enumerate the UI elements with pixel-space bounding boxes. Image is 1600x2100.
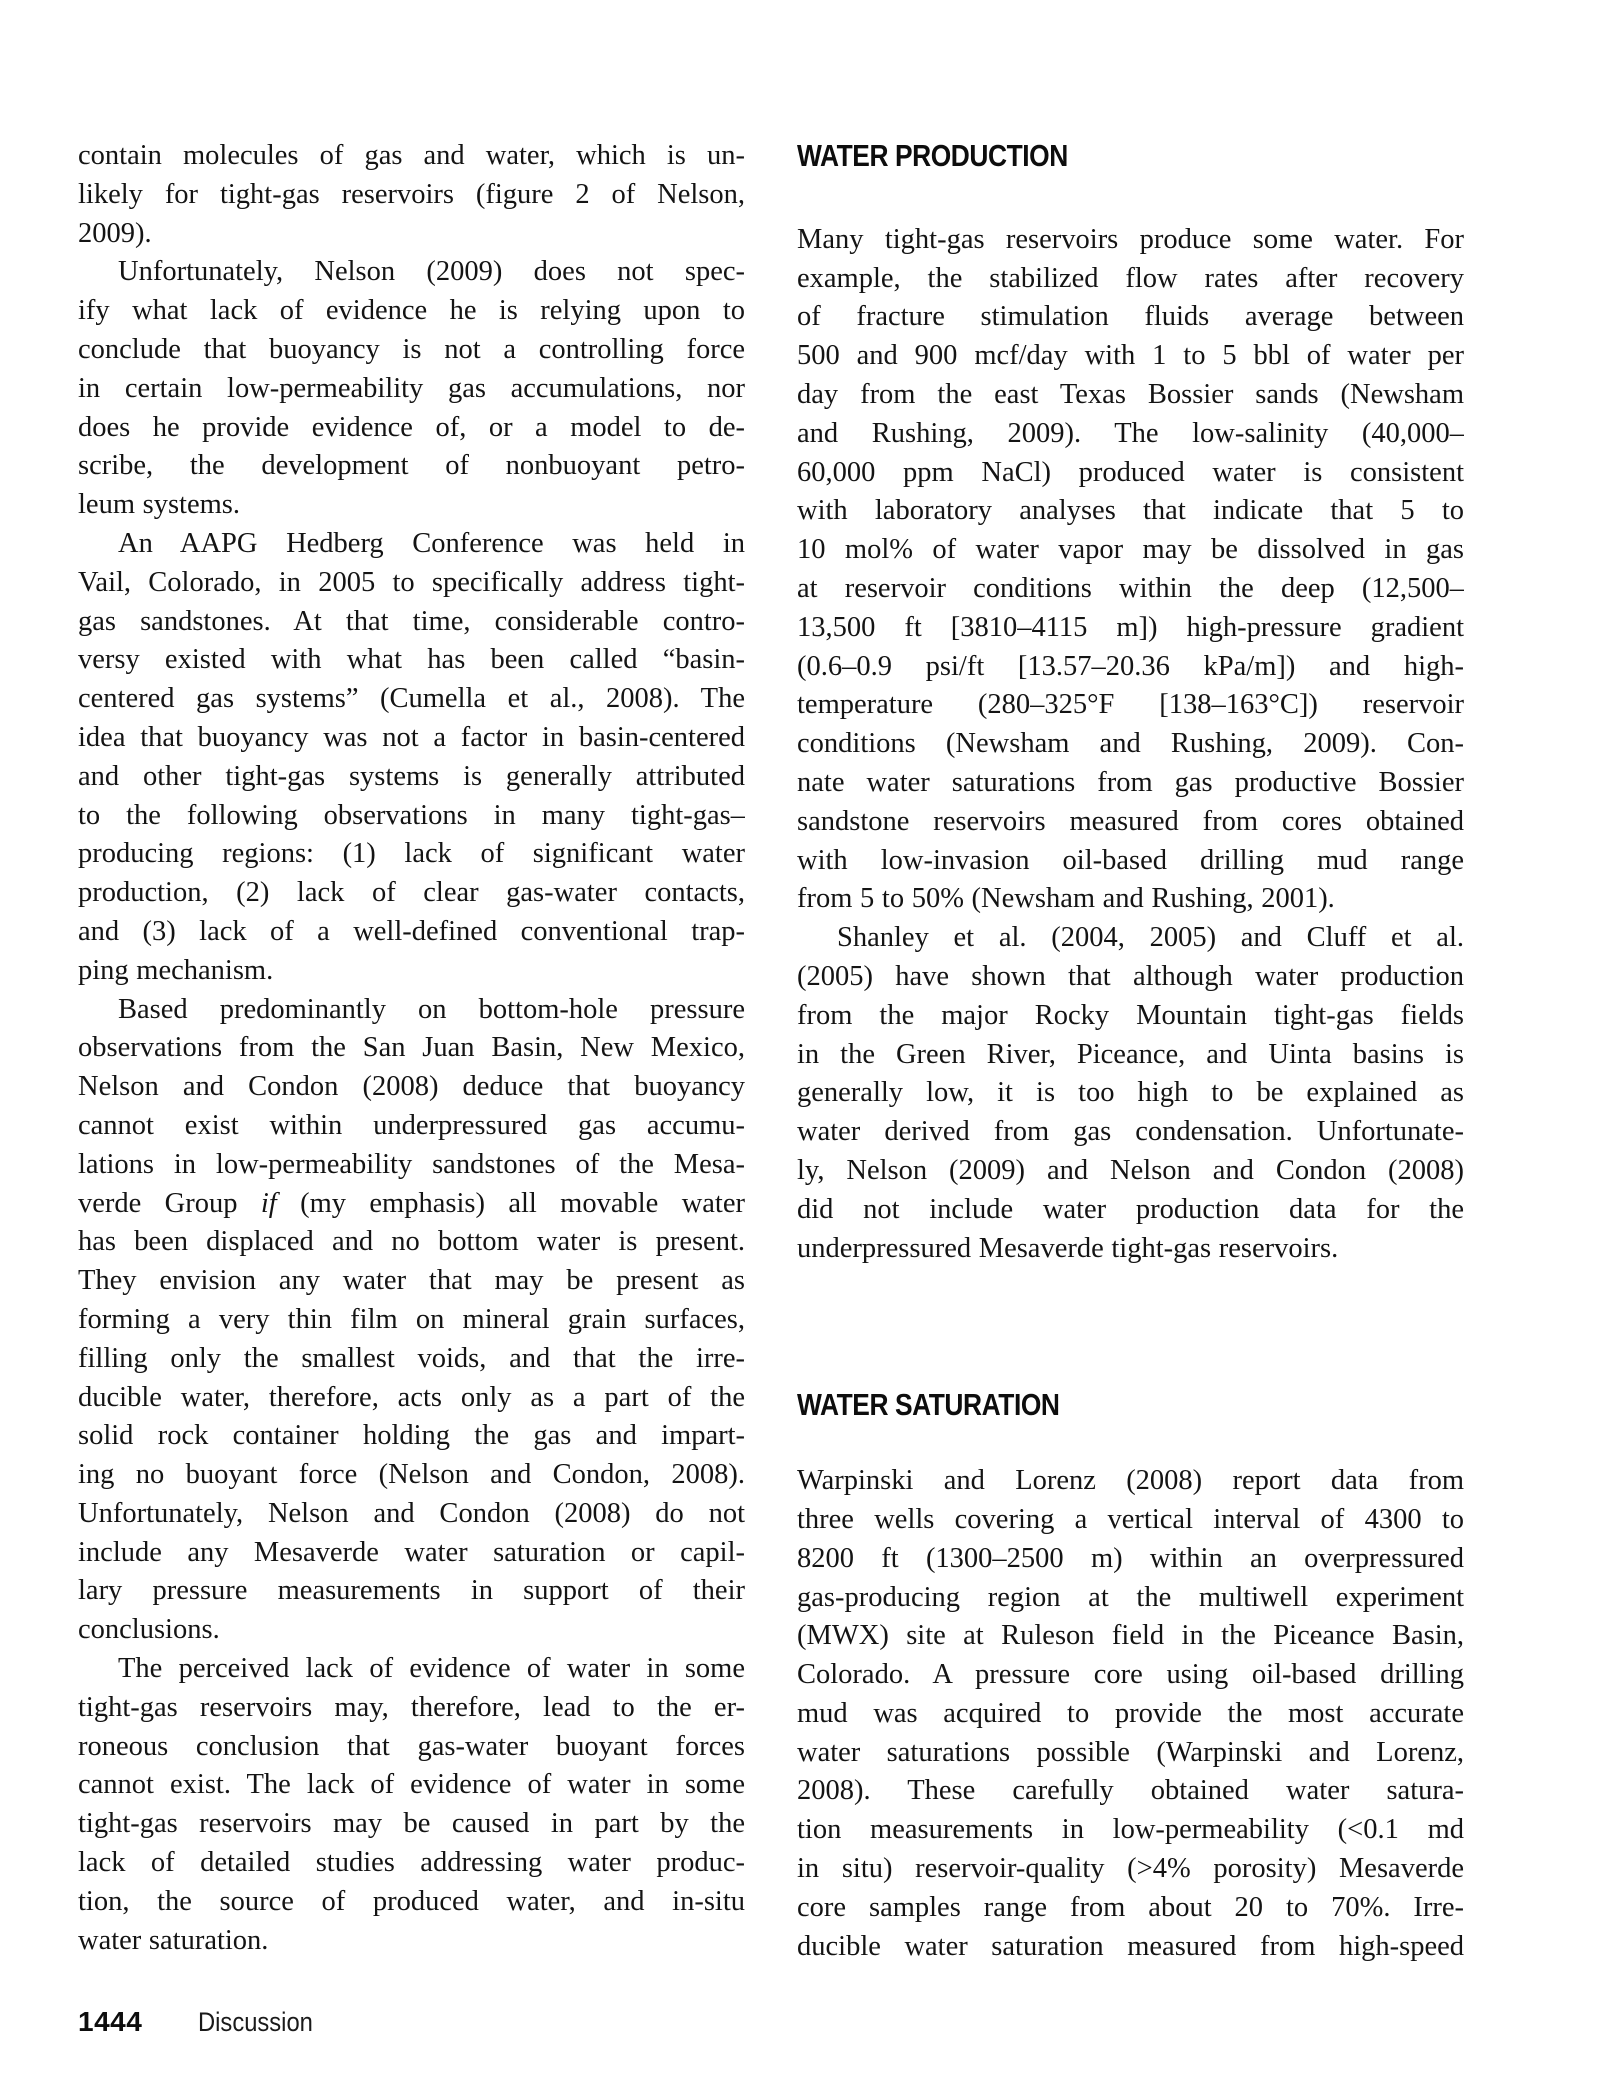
- text-line: and (3) lack of a well-defined conventio…: [78, 913, 745, 952]
- text-line: producing regions: (1) lack of significa…: [78, 835, 745, 874]
- text-line: (MWX) site at Ruleson field in the Picea…: [797, 1617, 1464, 1656]
- text-line: Unfortunately, Nelson (2009) does not sp…: [78, 253, 745, 292]
- paragraph: contain molecules of gas and water, whic…: [78, 137, 745, 253]
- paragraph: An AAPG Hedberg Conference was held inVa…: [78, 525, 745, 991]
- text-line: water saturation.: [78, 1922, 745, 1961]
- text-line: Colorado. A pressure core using oil-base…: [797, 1656, 1464, 1695]
- text-line: Many tight-gas reservoirs produce some w…: [797, 221, 1464, 260]
- text-line: Based predominantly on bottom-hole press…: [78, 991, 745, 1030]
- text-line: lations in low-permeability sandstones o…: [78, 1146, 745, 1185]
- text-line: likely for tight-gas reservoirs (figure …: [78, 176, 745, 215]
- text-line: tion measurements in low-permeability (<…: [797, 1811, 1464, 1850]
- text-line: The perceived lack of evidence of water …: [78, 1650, 745, 1689]
- text-line: tion, the source of produced water, and …: [78, 1883, 745, 1922]
- paragraph: Unfortunately, Nelson (2009) does not sp…: [78, 253, 745, 525]
- text-line: idea that buoyancy was not a factor in b…: [78, 719, 745, 758]
- text-line: with low-invasion oil-based drilling mud…: [797, 842, 1464, 881]
- text-line: 13,500 ft [3810–4115 m]) high-pressure g…: [797, 609, 1464, 648]
- text-line: 500 and 900 mcf/day with 1 to 5 bbl of w…: [797, 337, 1464, 376]
- text-line: include any Mesaverde water saturation o…: [78, 1534, 745, 1573]
- text-line: day from the east Texas Bossier sands (N…: [797, 376, 1464, 415]
- section-water-production: WATER PRODUCTION Many tight-gas reservoi…: [797, 137, 1464, 1268]
- text-line: tight-gas reservoirs may be caused in pa…: [78, 1805, 745, 1844]
- text-line: ducible water saturation measured from h…: [797, 1928, 1464, 1967]
- text-line: An AAPG Hedberg Conference was held in: [78, 525, 745, 564]
- paragraph: Shanley et al. (2004, 2005) and Cluff et…: [797, 919, 1464, 1268]
- text-line: and other tight-gas systems is generally…: [78, 758, 745, 797]
- text-line: (2005) have shown that although water pr…: [797, 958, 1464, 997]
- paragraph: Based predominantly on bottom-hole press…: [78, 991, 745, 1651]
- section-water-saturation: WATER SATURATION Warpinski and Lorenz (2…: [797, 1386, 1464, 1966]
- text-line: in certain low-permeability gas accumula…: [78, 370, 745, 409]
- text-line: 2009).: [78, 215, 745, 254]
- text-line: They envision any water that may be pres…: [78, 1262, 745, 1301]
- text-line: versy existed with what has been called …: [78, 641, 745, 680]
- left-text-column: contain molecules of gas and water, whic…: [78, 137, 745, 1960]
- paragraph: Warpinski and Lorenz (2008) report data …: [797, 1462, 1464, 1966]
- text-line: (0.6–0.9 psi/ft [13.57–20.36 kPa/m]) and…: [797, 648, 1464, 687]
- text-line: lack of detailed studies addressing wate…: [78, 1844, 745, 1883]
- text-line: gas sandstones. At that time, considerab…: [78, 603, 745, 642]
- text-line: did not include water production data fo…: [797, 1191, 1464, 1230]
- text-line: and Rushing, 2009). The low-salinity (40…: [797, 415, 1464, 454]
- text-line: observations from the San Juan Basin, Ne…: [78, 1029, 745, 1068]
- text-line: of fracture stimulation fluids average b…: [797, 298, 1464, 337]
- text-line: from the major Rocky Mountain tight-gas …: [797, 997, 1464, 1036]
- page-footer: 1444 Discussion: [78, 2006, 329, 2038]
- text-line: conclude that buoyancy is not a controll…: [78, 331, 745, 370]
- right-text-column: WATER PRODUCTION Many tight-gas reservoi…: [797, 137, 1464, 1966]
- text-line: 60,000 ppm NaCl) produced water is consi…: [797, 454, 1464, 493]
- text-line: ify what lack of evidence he is relying …: [78, 292, 745, 331]
- text-line: gas-producing region at the multiwell ex…: [797, 1579, 1464, 1618]
- paragraph: Many tight-gas reservoirs produce some w…: [797, 221, 1464, 919]
- text-line: has been displaced and no bottom water i…: [78, 1223, 745, 1262]
- text-line: at reservoir conditions within the deep …: [797, 570, 1464, 609]
- text-line: ing no buoyant force (Nelson and Condon,…: [78, 1456, 745, 1495]
- section-body-water-production: Many tight-gas reservoirs produce some w…: [797, 221, 1464, 1269]
- paragraph: The perceived lack of evidence of water …: [78, 1650, 745, 1960]
- section-body-water-saturation: Warpinski and Lorenz (2008) report data …: [797, 1462, 1464, 1966]
- text-line: lary pressure measurements in support of…: [78, 1572, 745, 1611]
- text-line: conditions (Newsham and Rushing, 2009). …: [797, 725, 1464, 764]
- text-line: tight-gas reservoirs may, therefore, lea…: [78, 1689, 745, 1728]
- text-line: leum systems.: [78, 486, 745, 525]
- text-line: to the following observations in many ti…: [78, 797, 745, 836]
- text-line: mud was acquired to provide the most acc…: [797, 1695, 1464, 1734]
- text-line: production, (2) lack of clear gas-water …: [78, 874, 745, 913]
- text-line: Shanley et al. (2004, 2005) and Cluff et…: [797, 919, 1464, 958]
- text-line: ducible water, therefore, acts only as a…: [78, 1379, 745, 1418]
- text-line: in situ) reservoir-quality (>4% porosity…: [797, 1850, 1464, 1889]
- text-line: conclusions.: [78, 1611, 745, 1650]
- text-line: sandstone reservoirs measured from cores…: [797, 803, 1464, 842]
- text-line: ping mechanism.: [78, 952, 745, 991]
- text-line: core samples range from about 20 to 70%.…: [797, 1889, 1464, 1928]
- text-line: roneous conclusion that gas-water buoyan…: [78, 1728, 745, 1767]
- document-page: contain molecules of gas and water, whic…: [0, 0, 1600, 2100]
- text-line: temperature (280–325°F [138–163°C]) rese…: [797, 686, 1464, 725]
- text-line: example, the stabilized flow rates after…: [797, 260, 1464, 299]
- text-line: 10 mol% of water vapor may be dissolved …: [797, 531, 1464, 570]
- text-line: 8200 ft (1300–2500 m) within an overpres…: [797, 1540, 1464, 1579]
- section-heading-water-production: WATER PRODUCTION: [797, 137, 1364, 176]
- text-line: in the Green River, Piceance, and Uinta …: [797, 1036, 1464, 1075]
- text-line: Unfortunately, Nelson and Condon (2008) …: [78, 1495, 745, 1534]
- text-line: cannot exist within underpressured gas a…: [78, 1107, 745, 1146]
- text-line: contain molecules of gas and water, whic…: [78, 137, 745, 176]
- text-line: 2008). These carefully obtained water sa…: [797, 1772, 1464, 1811]
- text-line: Nelson and Condon (2008) deduce that buo…: [78, 1068, 745, 1107]
- text-line: solid rock container holding the gas and…: [78, 1417, 745, 1456]
- text-line: nate water saturations from gas producti…: [797, 764, 1464, 803]
- text-line: water saturations possible (Warpinski an…: [797, 1734, 1464, 1773]
- text-line: from 5 to 50% (Newsham and Rushing, 2001…: [797, 880, 1464, 919]
- text-line: scribe, the development of nonbuoyant pe…: [78, 447, 745, 486]
- text-line: Vail, Colorado, in 2005 to specifically …: [78, 564, 745, 603]
- text-line: centered gas systems” (Cumella et al., 2…: [78, 680, 745, 719]
- text-line: does he provide evidence of, or a model …: [78, 409, 745, 448]
- text-line: with laboratory analyses that indicate t…: [797, 492, 1464, 531]
- text-line: verde Group if (my emphasis) all movable…: [78, 1185, 745, 1224]
- text-line: underpressured Mesaverde tight-gas reser…: [797, 1230, 1464, 1269]
- footer-section-label: Discussion: [198, 2007, 313, 2038]
- section-heading-water-saturation: WATER SATURATION: [797, 1386, 1364, 1425]
- text-line: filling only the smallest voids, and tha…: [78, 1340, 745, 1379]
- text-line: forming a very thin film on mineral grai…: [78, 1301, 745, 1340]
- text-line: cannot exist. The lack of evidence of wa…: [78, 1766, 745, 1805]
- page-number: 1444: [78, 2006, 142, 2038]
- text-line: three wells covering a vertical interval…: [797, 1501, 1464, 1540]
- text-line: generally low, it is too high to be expl…: [797, 1074, 1464, 1113]
- text-line: water derived from gas condensation. Unf…: [797, 1113, 1464, 1152]
- text-line: ly, Nelson (2009) and Nelson and Condon …: [797, 1152, 1464, 1191]
- text-line: Warpinski and Lorenz (2008) report data …: [797, 1462, 1464, 1501]
